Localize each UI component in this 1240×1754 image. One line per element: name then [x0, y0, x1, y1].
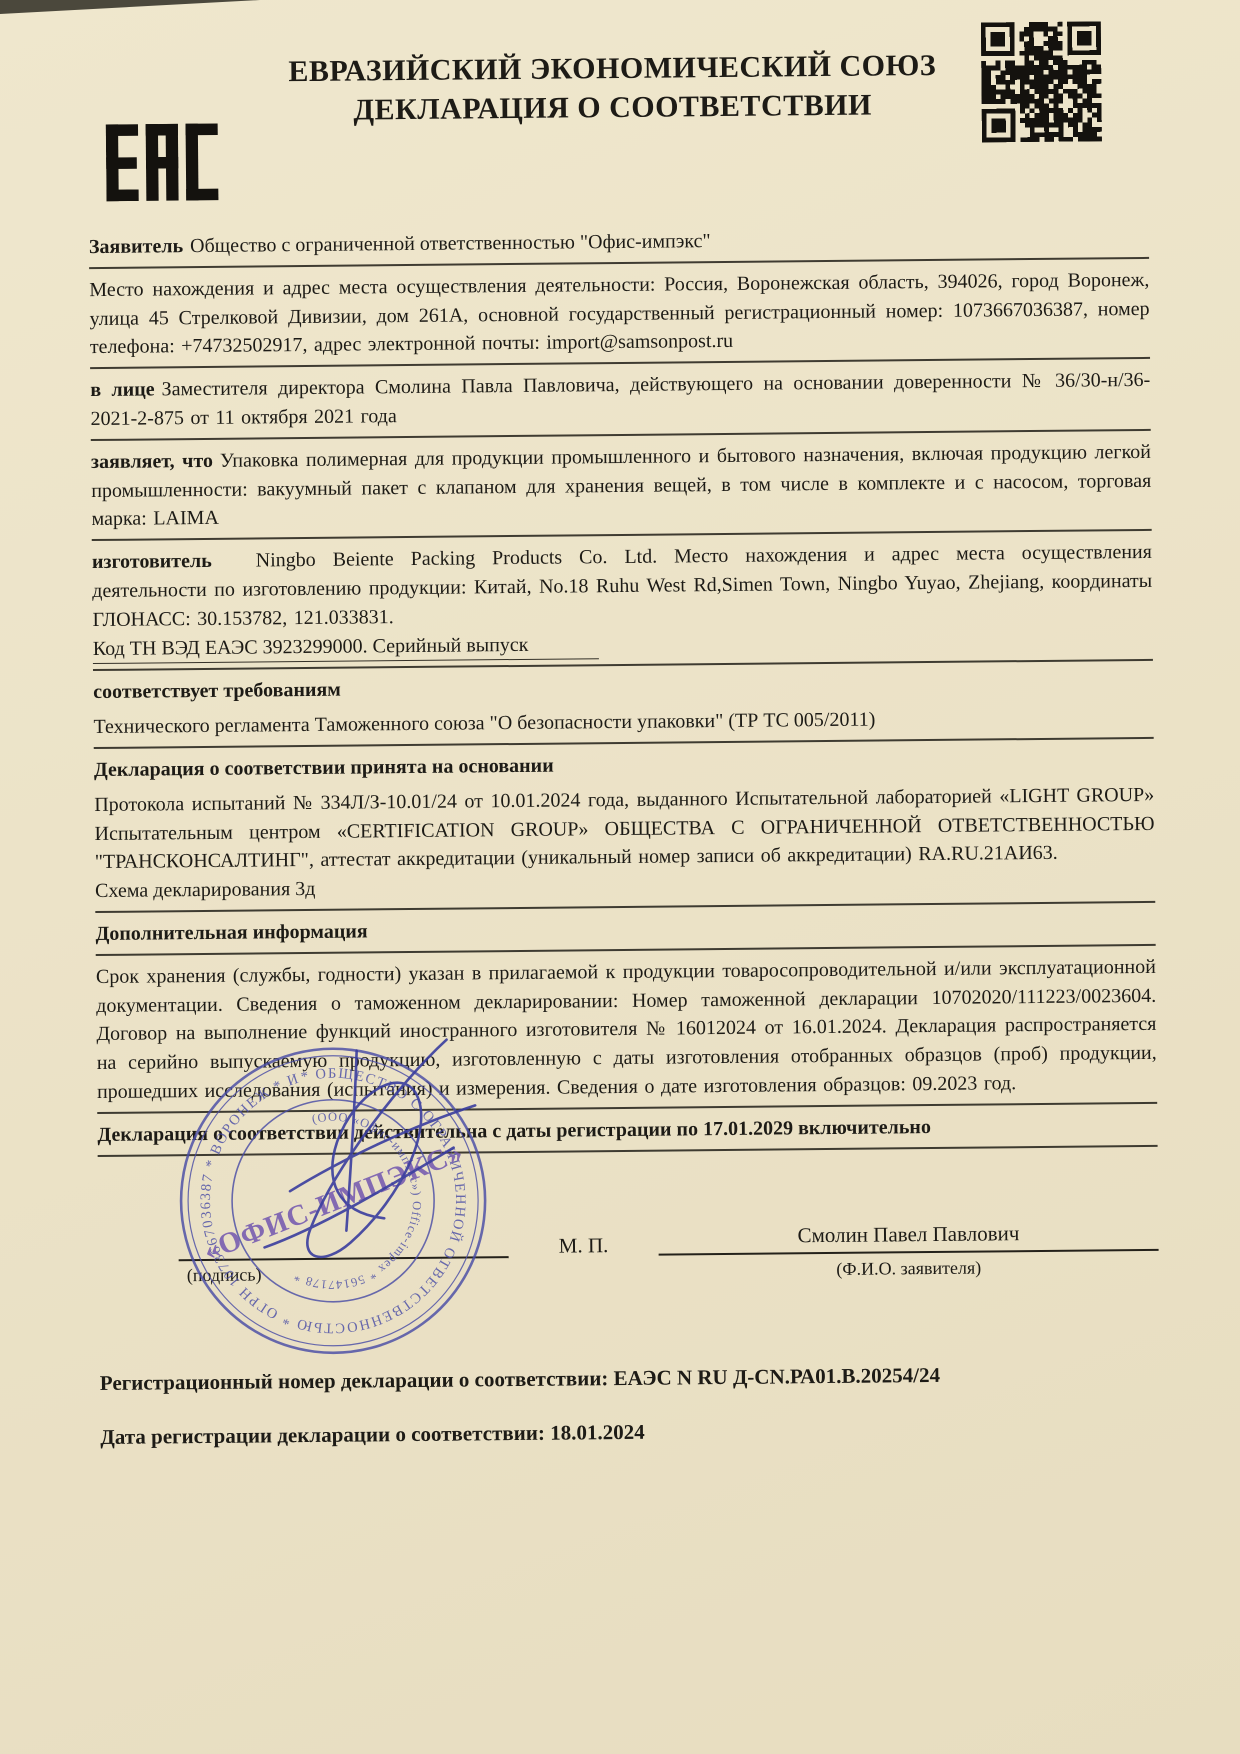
applicant-section: ЗаявительОбщество с ограниченной ответст…: [89, 223, 1149, 269]
signature-caption: (подпись): [179, 1260, 509, 1289]
declares-value: Упаковка полимерная для продукции промыш…: [91, 441, 1151, 531]
applicant-label: Заявитель: [89, 235, 183, 258]
document-title: ЕВРАЗИЙСКИЙ ЭКОНОМИЧЕСКИЙ СОЮЗ: [237, 48, 987, 89]
declaration-document: ЕВРАЗИЙСКИЙ ЭКОНОМИЧЕСКИЙ СОЮЗ ДЕКЛАРАЦИ…: [0, 0, 1240, 1754]
regulation-section: Технического регламента Таможенного союз…: [93, 703, 1153, 749]
validity-section: Декларация о соответствии действительна …: [97, 1111, 1157, 1157]
manufacturer-label: изготовитель: [92, 550, 212, 573]
signature-line: [178, 1230, 508, 1261]
representative-label: в лице: [90, 379, 155, 402]
registration-block: Регистрационный номер декларации о соотв…: [100, 1357, 1161, 1452]
representative-section: в лицеЗаместителя директора Смолина Павл…: [90, 366, 1151, 441]
manufacturer-line: изготовительNingbo Beiente Packing Produ…: [92, 538, 1153, 635]
document-body: ЗаявительОбщество с ограниченной ответст…: [89, 223, 1161, 1452]
regulation-line: Технического регламента Таможенного союз…: [93, 703, 1153, 742]
applicant-address-section: Место нахождения и адрес места осуществл…: [89, 266, 1150, 370]
manufacturer-value: Ningbo Beiente Packing Products Co. Ltd.…: [92, 541, 1152, 631]
additional-header-section: Дополнительная информация: [95, 910, 1155, 956]
additional-paragraph: Срок хранения (службы, годности) указан …: [96, 953, 1157, 1107]
registration-date-line: Дата регистрации декларации о соответств…: [100, 1412, 1160, 1452]
additional-header: Дополнительная информация: [95, 910, 1155, 949]
registration-number-line: Регистрационный номер декларации о соотв…: [100, 1357, 1160, 1397]
applicant-line: ЗаявительОбщество с ограниченной ответст…: [89, 223, 1149, 262]
basis-section: Протокола испытаний № 334Л/З-10.01/24 от…: [94, 781, 1155, 913]
representative-line: в лицеЗаместителя директора Смолина Павл…: [90, 366, 1151, 434]
fio-caption: (Ф.И.О. заявителя): [659, 1254, 1159, 1285]
applicant-fio: Смолин Павел Павлович: [658, 1216, 1158, 1251]
additional-section: Срок хранения (службы, годности) указан …: [96, 953, 1157, 1114]
manufacturer-section: изготовительNingbo Beiente Packing Produ…: [92, 538, 1153, 671]
stamp-place-label: М. П.: [508, 1230, 659, 1286]
registration-date-value: 18.01.2024: [550, 1420, 645, 1445]
basis-header-section: Декларация о соответствии принята на осн…: [94, 746, 1154, 787]
signature-left-block: (подпись): [178, 1230, 509, 1289]
registration-number-value: ЕАЭС N RU Д-CN.РА01.В.20254/24: [613, 1363, 940, 1390]
complies-header-section: соответствует требованиям: [93, 668, 1153, 709]
product-section: заявляет, чтоУпаковка полимерная для про…: [91, 438, 1152, 542]
document-subtitle: ДЕКЛАРАЦИЯ О СООТВЕТСТВИИ: [237, 87, 987, 128]
applicant-address: Место нахождения и адрес места осуществл…: [89, 266, 1150, 363]
declares-label: заявляет, что: [91, 450, 213, 473]
applicant-value: Общество с ограниченной ответственностью…: [190, 230, 711, 257]
qr-code-icon: [981, 21, 1102, 147]
representative-value: Заместителя директора Смолина Павла Павл…: [90, 369, 1150, 430]
registration-number-label: Регистрационный номер декларации о соотв…: [100, 1366, 609, 1395]
product-line: заявляет, чтоУпаковка полимерная для про…: [91, 438, 1152, 535]
document-sheet: ЕВРАЗИЙСКИЙ ЭКОНОМИЧЕСКИЙ СОЮЗ ДЕКЛАРАЦИ…: [0, 0, 1240, 1754]
signature-right-block: Смолин Павел Павлович (Ф.И.О. заявителя): [658, 1216, 1159, 1284]
complies-header: соответствует требованиям: [93, 668, 1153, 707]
title-block: ЕВРАЗИЙСКИЙ ЭКОНОМИЧЕСКИЙ СОЮЗ ДЕКЛАРАЦИ…: [237, 48, 988, 128]
basis-header: Декларация о соответствии принята на осн…: [94, 746, 1154, 785]
validity-line: Декларация о соответствии действительна …: [97, 1111, 1157, 1150]
signature-row: (подпись) М. П. Смолин Павел Павлович (Ф…: [98, 1216, 1159, 1289]
eac-mark-icon: [106, 116, 219, 214]
tnved-code-text: Код ТН ВЭД ЕАЭС 3923299000. Серийный вып…: [93, 630, 599, 665]
document-header: ЕВРАЗИЙСКИЙ ЭКОНОМИЧЕСКИЙ СОЮЗ ДЕКЛАРАЦИ…: [87, 21, 1149, 199]
registration-date-label: Дата регистрации декларации о соответств…: [100, 1421, 545, 1449]
basis-paragraph: Протокола испытаний № 334Л/З-10.01/24 от…: [94, 781, 1155, 878]
